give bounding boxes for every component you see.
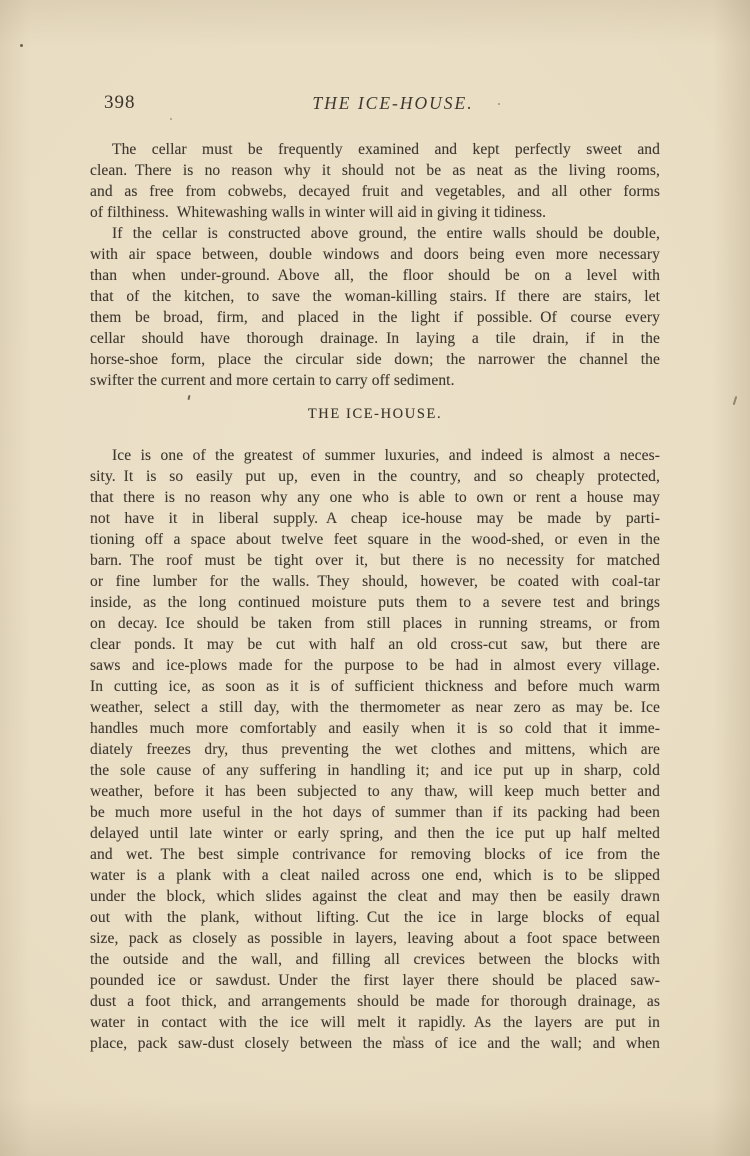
- text-line: that of the kitchen, to save the woman-k…: [90, 286, 660, 307]
- section-heading: THE ICE-HOUSE.: [90, 405, 660, 423]
- text-line: tioning off a space about twelve feet sq…: [90, 529, 660, 550]
- text-line: inside, as the long continued moisture p…: [90, 592, 660, 613]
- text-line: saws and ice-plows made for the purpose …: [90, 655, 660, 676]
- text-line: with air space between, double windows a…: [90, 244, 660, 265]
- scan-speck: [170, 118, 172, 120]
- text-line: Ice is one of the greatest of summer lux…: [90, 445, 660, 466]
- text-line: pounded ice or sawdust. Under the first …: [90, 970, 660, 991]
- text-line: delayed until late winter or early sprin…: [90, 823, 660, 844]
- text-line: sity. It is so easily put up, even in th…: [90, 466, 660, 487]
- text-line: place, pack saw-dust closely between the…: [90, 1033, 660, 1054]
- text-line: that there is no reason why any one who …: [90, 487, 660, 508]
- text-line: water is a plank with a cleat nailed acr…: [90, 865, 660, 886]
- text-line: clear ponds. It may be cut with half an …: [90, 634, 660, 655]
- text-block: The cellar must be frequently examined a…: [90, 139, 660, 1054]
- text-line: or fine lumber for the walls. They shoul…: [90, 571, 660, 592]
- text-line: out with the plank, without lifting. Cut…: [90, 907, 660, 928]
- scan-speck: [20, 44, 23, 47]
- text-line: If the cellar is constructed above groun…: [90, 223, 660, 244]
- book-page-scan: 398 THE ICE-HOUSE. The cellar must be fr…: [0, 0, 750, 1156]
- text-line: handles much more comfortably and easily…: [90, 718, 660, 739]
- text-line: be much more useful in the hot days of s…: [90, 802, 660, 823]
- text-line: and wet. The best simple contrivance for…: [90, 844, 660, 865]
- text-line: cellar should have thorough drainage. In…: [90, 328, 660, 349]
- text-line: clean. There is no reason why it should …: [90, 160, 660, 181]
- text-line: In cutting ice, as soon as it is of suff…: [90, 676, 660, 697]
- text-line: than when under-ground. Above all, the f…: [90, 265, 660, 286]
- paragraph-cellar-construction: If the cellar is constructed above groun…: [90, 223, 660, 391]
- text-line: the outside and the wall, and filling al…: [90, 949, 660, 970]
- text-line: and as free from cobwebs, decayed fruit …: [90, 181, 660, 202]
- text-line: swifter the current and more certain to …: [90, 370, 660, 391]
- text-line: dust a foot thick, and arrangements shou…: [90, 991, 660, 1012]
- text-line: them be broad, firm, and placed in the l…: [90, 307, 660, 328]
- scan-speck: [733, 396, 737, 405]
- text-line: barn. The roof must be tight over it, bu…: [90, 550, 660, 571]
- text-line: water in contact with the ice will melt …: [90, 1012, 660, 1033]
- running-header: THE ICE-HOUSE.: [108, 93, 678, 114]
- text-line: under the block, which slides against th…: [90, 886, 660, 907]
- text-line: the sole cause of any suffering in handl…: [90, 760, 660, 781]
- page-header: 398 THE ICE-HOUSE.: [90, 92, 660, 118]
- text-line: of filthiness. Whitewashing walls in win…: [90, 202, 660, 223]
- text-line: not have it in liberal supply. A cheap i…: [90, 508, 660, 529]
- text-line: on decay. Ice should be taken from still…: [90, 613, 660, 634]
- text-line: weather, select a still day, with the th…: [90, 697, 660, 718]
- text-line: horse-shoe form, place the circular side…: [90, 349, 660, 370]
- text-line: weather, before it has been subjected to…: [90, 781, 660, 802]
- text-line: size, pack as closely as possible in lay…: [90, 928, 660, 949]
- paragraph-cellar-care: The cellar must be frequently examined a…: [90, 139, 660, 223]
- text-line: The cellar must be frequently examined a…: [90, 139, 660, 160]
- text-line: diately freezes dry, thus preventing the…: [90, 739, 660, 760]
- paragraph-ice-house: Ice is one of the greatest of summer lux…: [90, 445, 660, 1054]
